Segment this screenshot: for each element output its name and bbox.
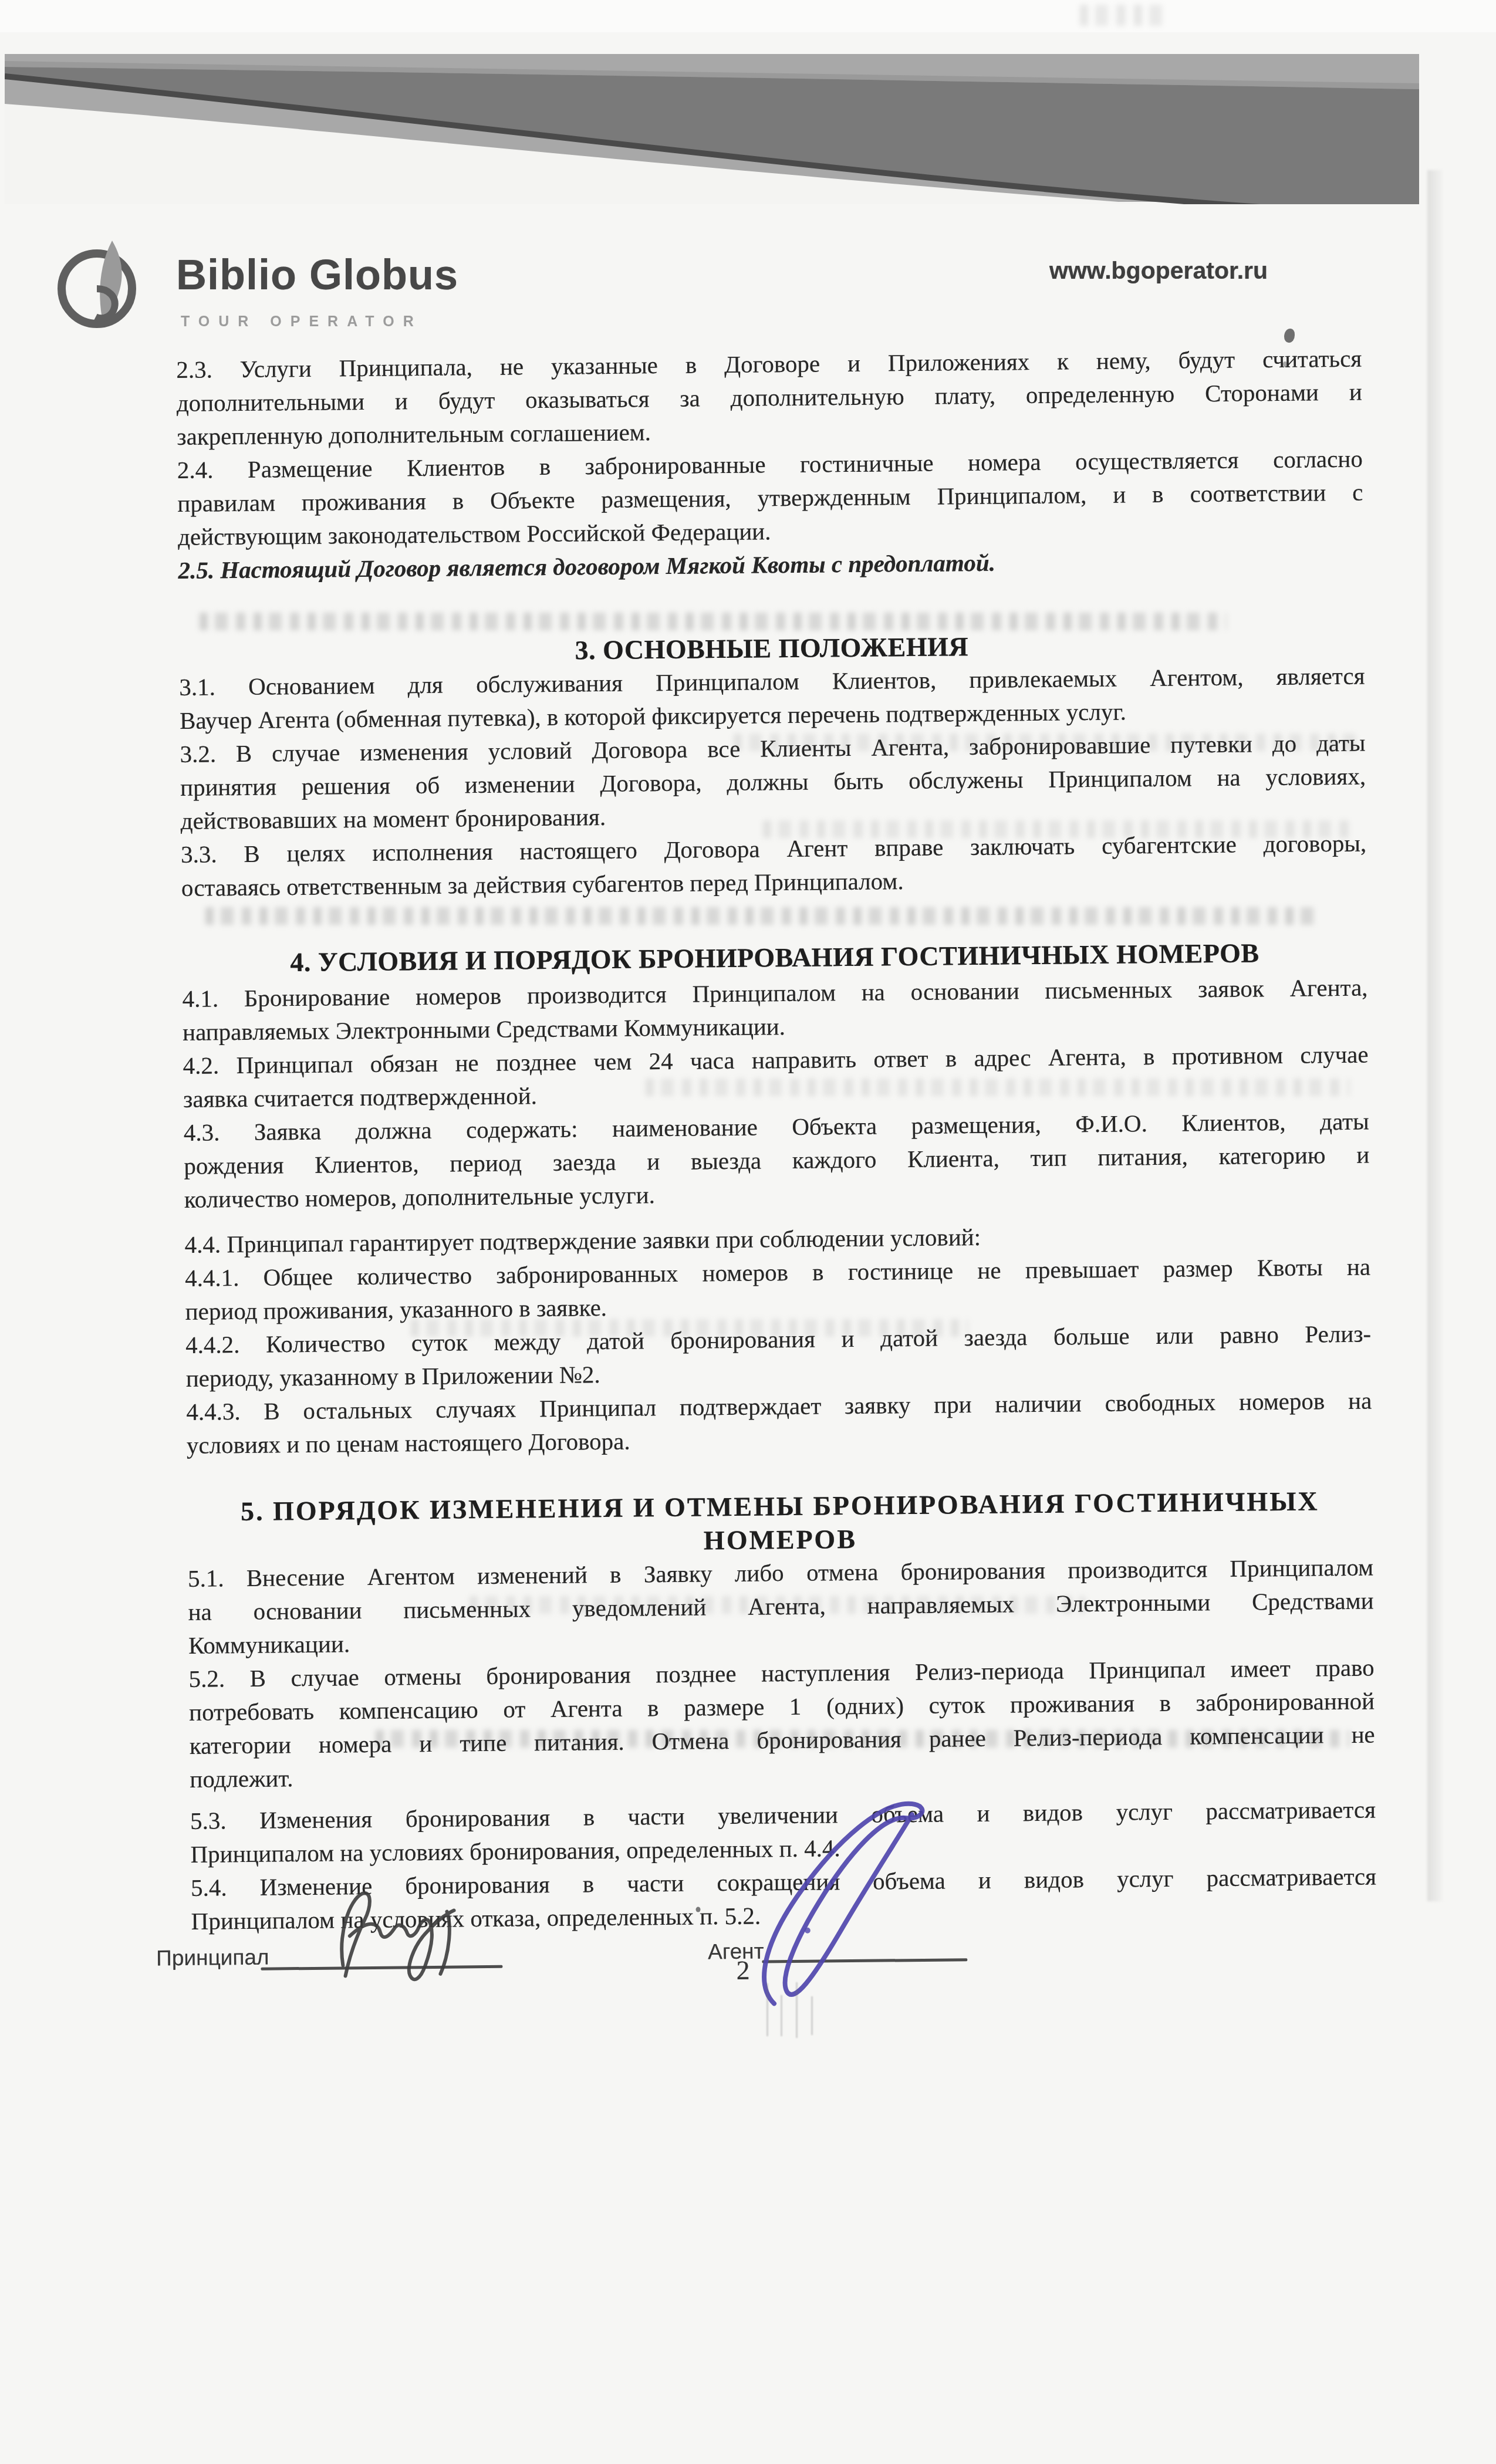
ink-blob xyxy=(1284,329,1295,343)
scan-streak xyxy=(811,1996,813,2035)
section-heading: 5. ПОРЯДОК ИЗМЕНЕНИЯ И ОТМЕНЫ БРОНИРОВАН… xyxy=(187,1484,1373,1562)
page-edge-shadow xyxy=(1427,170,1443,1901)
contract-paragraph: 4.2. Принципал обязан не позднее чем 24 … xyxy=(183,1038,1369,1116)
contract-paragraph: 4.1. Бронирование номеров производится П… xyxy=(182,971,1368,1049)
scan-streak xyxy=(781,1995,782,2036)
principal-label: Принципал xyxy=(156,1941,269,1975)
header-decoration-band xyxy=(5,31,1419,204)
website-url: www.bgoperator.ru xyxy=(1049,257,1268,285)
contract-paragraph: 3.2. В случае изменения условий Договора… xyxy=(180,726,1366,838)
scan-streak xyxy=(796,1982,798,2038)
contract-paragraph: 3.1. Основанием для обслуживания Принцип… xyxy=(179,660,1365,738)
contract-text-column: 2.3. Услуги Принципала, не указанные в Д… xyxy=(176,342,1377,1938)
principal-signature xyxy=(308,1876,497,1989)
biblio-globus-logo-icon xyxy=(56,232,139,333)
scan-smudge xyxy=(1080,5,1168,26)
contract-paragraph: 3.3. В целях исполнения настоящего Догов… xyxy=(181,827,1367,905)
contract-paragraph: 2.3. Услуги Принципала, не указанные в Д… xyxy=(176,342,1363,454)
contract-paragraph: 5.2. В случае отмены бронирования поздне… xyxy=(188,1651,1375,1796)
scan-top-margin xyxy=(0,0,1496,32)
contract-paragraph: 5.1. Внесение Агентом изменений в Заявку… xyxy=(188,1551,1375,1662)
contract-paragraph: 4.4.1. Общее количество забронированных … xyxy=(185,1250,1371,1329)
contract-paragraph: 4.3. Заявка должна содержать: наименован… xyxy=(183,1105,1370,1216)
ink-dot xyxy=(695,1907,700,1912)
contract-paragraph: 4.4.2. Количество суток между датой брон… xyxy=(185,1317,1372,1395)
contract-paragraph: 4.4.3. В остальных случаях Принципал под… xyxy=(186,1384,1372,1462)
brand-tagline: TOUR OPERATOR xyxy=(181,313,423,330)
contract-paragraph: 2.4. Размещение Клиентов в забронированн… xyxy=(177,442,1364,554)
scanned-contract-page: { "header": { "brand_name": "Biblio Glob… xyxy=(0,0,1496,2464)
scan-streak xyxy=(766,1983,768,2036)
brand-name: Biblio Globus xyxy=(176,251,458,299)
